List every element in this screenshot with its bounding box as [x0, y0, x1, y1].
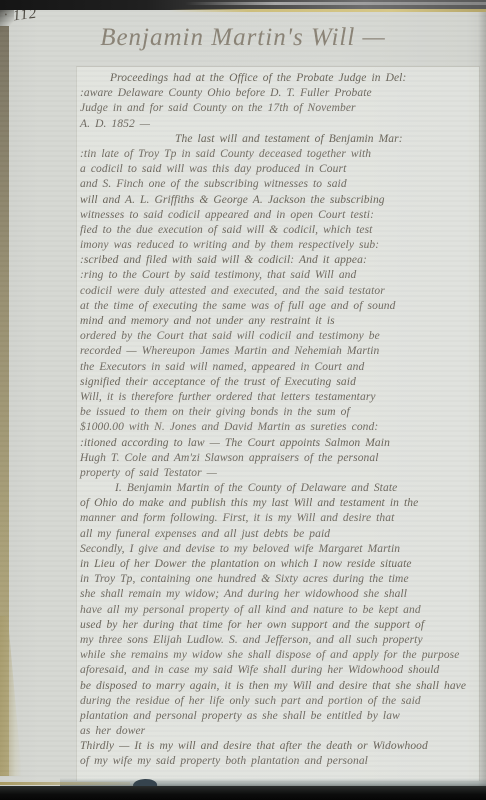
- handwritten-line: fied to the due execution of said will &…: [80, 223, 476, 238]
- handwritten-line: Will, it is therefore further ordered th…: [80, 390, 476, 405]
- document-title: Benjamin Martin's Will —: [0, 24, 486, 52]
- handwritten-line: Secondly, I give and devise to my belove…: [80, 542, 476, 557]
- handwritten-line: in Troy Tp, containing one hundred & Six…: [80, 572, 476, 587]
- handwritten-line: Hugh T. Cole and Am'zi Slawson appraiser…: [80, 451, 476, 466]
- handwritten-line: while she remains my widow she shall dis…: [80, 648, 476, 663]
- handwritten-line: I. Benjamin Martin of the County of Dela…: [80, 481, 476, 496]
- handwritten-line: all my funeral expenses and all just deb…: [80, 527, 476, 542]
- handwriting-lines: Proceedings had at the Office of the Pro…: [80, 71, 476, 770]
- handwritten-line: mind and memory and not under any restra…: [80, 314, 476, 329]
- handwritten-line: ordered by the Court that said will codi…: [80, 329, 476, 344]
- handwritten-line: she shall remain my widow; And during he…: [80, 587, 476, 602]
- handwritten-line: Thirdly — It is my will and desire that …: [80, 739, 476, 754]
- handwritten-line: signified their acceptance of the trust …: [80, 375, 476, 390]
- handwritten-line: A. D. 1852 —: [80, 117, 476, 132]
- handwritten-line: the Executors in said will named, appear…: [80, 360, 476, 375]
- handwritten-line: Judge in and for said County on the 17th…: [80, 101, 476, 116]
- handwritten-line: used by her during that time for her own…: [80, 618, 476, 633]
- handwritten-line: The last will and testament of Benjamin …: [80, 132, 476, 147]
- handwritten-line: imony was reduced to writing and by them…: [80, 238, 476, 253]
- page-bottom-edge-line: [0, 782, 130, 785]
- handwritten-line: $1000.00 with N. Jones and David Martin …: [80, 420, 476, 435]
- handwritten-line: :scribed and filed with said will & codi…: [80, 253, 476, 268]
- handwritten-line: during the residue of her life only such…: [80, 694, 476, 709]
- handwritten-line: of my wife my said property both plantat…: [80, 754, 476, 769]
- handwritten-line: Proceedings had at the Office of the Pro…: [80, 71, 476, 86]
- handwritten-line: as her dower: [80, 724, 476, 739]
- handwritten-line: witnesses to said codicil appeared and i…: [80, 208, 476, 223]
- handwritten-line: a codicil to said will was this day prod…: [80, 162, 476, 177]
- photo-top-edge-highlight: [185, 2, 486, 5]
- handwritten-line: property of said Testator —: [80, 466, 476, 481]
- photo-bottom-edge: [0, 786, 486, 800]
- handwritten-line: and S. Finch one of the subscribing witn…: [80, 177, 476, 192]
- handwritten-line: aforesaid, and in case my said Wife shal…: [80, 663, 476, 678]
- handwritten-line: at the time of executing the same was of…: [80, 299, 476, 314]
- handwritten-line: my three sons Elijah Ludlow. S. and Jeff…: [80, 633, 476, 648]
- handwritten-line: :tin late of Troy Tp in said County dece…: [80, 147, 476, 162]
- page-top-edge-line: [170, 9, 486, 12]
- page-right-edge-shadow: [478, 10, 486, 786]
- handwritten-line: plantation and personal property as she …: [80, 709, 476, 724]
- handwritten-line: codicil were duly attested and executed,…: [80, 284, 476, 299]
- handwritten-line: manner and form following. First, it is …: [80, 511, 476, 526]
- handwritten-line: be issued to them on their giving bonds …: [80, 405, 476, 420]
- handwritten-line: be disposed to marry again, it is then m…: [80, 679, 476, 694]
- handwritten-line: recorded — Whereupon James Martin and Ne…: [80, 344, 476, 359]
- handwritten-line: :ring to the Court by said testimony, th…: [80, 268, 476, 283]
- handwritten-line: :aware Delaware County Ohio before D. T.…: [80, 86, 476, 101]
- handwritten-line: of Ohio do make and publish this my last…: [80, 496, 476, 511]
- handwritten-line: in Lieu of her Dower the plantation on w…: [80, 557, 476, 572]
- handwritten-line: will and A. L. Griffiths & George A. Jac…: [80, 193, 476, 208]
- handwritten-line: have all my personal property of all kin…: [80, 603, 476, 618]
- handwritten-line: :itioned according to law — The Court ap…: [80, 436, 476, 451]
